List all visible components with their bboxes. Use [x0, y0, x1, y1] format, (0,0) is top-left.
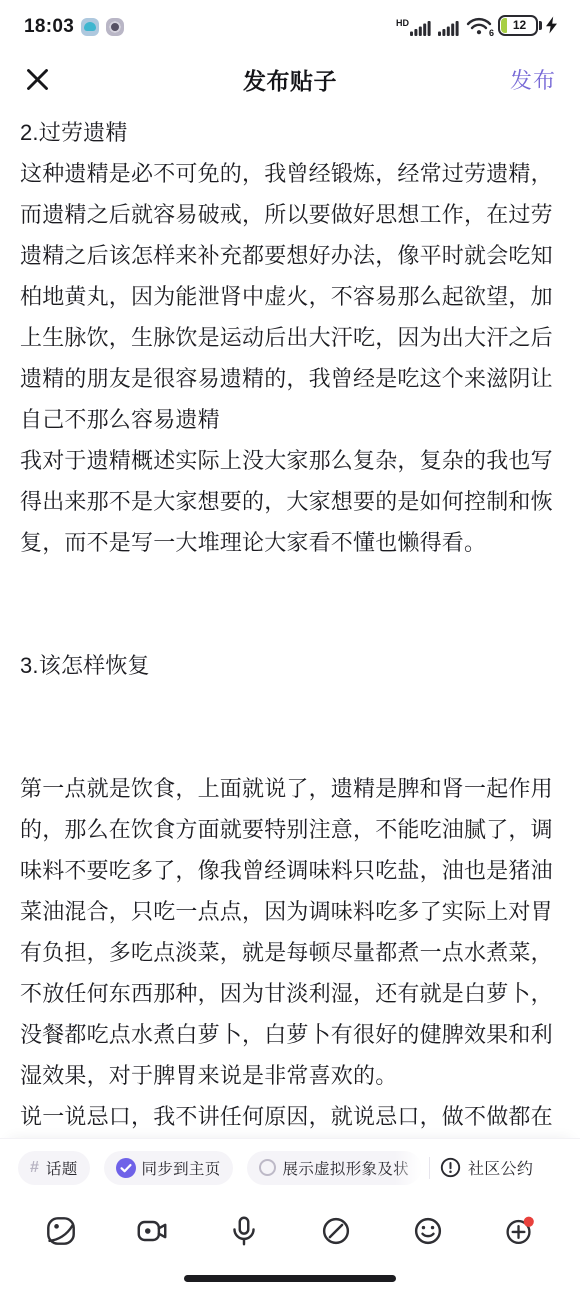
status-bar-left: 18:03	[24, 16, 124, 38]
clock: 18:03	[24, 16, 74, 38]
battery-body: 12	[498, 15, 538, 36]
close-x-icon	[26, 68, 49, 91]
k-app-notification-icon	[106, 18, 124, 36]
editor-line: 不放任何东西那种，因为甘淡利湿，还有就是白萝卜，	[20, 973, 560, 1014]
signal-bars-icon	[410, 19, 432, 36]
insert-video-button[interactable]	[134, 1213, 171, 1250]
post-composer-screen: 18:03 HD	[0, 0, 580, 1289]
info-circle-icon	[440, 1157, 461, 1178]
video-camera-icon	[134, 1213, 170, 1249]
editor-line: 第一点就是饮食，上面就说了，遗精是脾和肾一起作用	[20, 768, 560, 809]
editor-line: 这种遗精是必不可免的，我曾经锻炼，经常过劳遗精，	[20, 153, 560, 194]
insert-link-button[interactable]	[317, 1213, 354, 1250]
emoji-button[interactable]	[409, 1213, 446, 1250]
editor-line	[20, 604, 560, 645]
editor-line: 我对于遗精概述实际上没大家那么复杂，复杂的我也写	[20, 440, 560, 481]
editor-line: 湿效果，对于脾胃来说是非常喜欢的。	[20, 1055, 560, 1096]
editor-line	[20, 686, 560, 727]
chat-app-notification-icon	[81, 18, 99, 36]
signal-bars-icon	[438, 19, 460, 36]
editor-line: 有负担，多吃点淡菜，就是每顿尽量都煮一点水煮菜，	[20, 932, 560, 973]
editor-line: 的，那么在饮食方面就要特别注意，不能吃油腻了，调	[20, 809, 560, 850]
close-button[interactable]	[24, 66, 50, 92]
editor-line: 遗精的朋友是很容易遗精的，我曾经是吃这个来滋阴让	[20, 358, 560, 399]
editor-line: 柏地黄丸，因为能泄肾中虚火，不容易那么起欲望，加	[20, 276, 560, 317]
wifi6-label: 6	[489, 28, 494, 38]
editor-line: 说一说忌口，我不讲任何原因，就说忌口，做不做都在	[20, 1096, 560, 1137]
editor-line: 自己不那么容易遗精	[20, 399, 560, 440]
microphone-icon	[226, 1213, 262, 1249]
battery-indicator: 12	[498, 15, 558, 36]
emoji-icon	[410, 1213, 446, 1249]
image-icon	[43, 1213, 79, 1249]
chip-bar: # 话题 同步到主页 展示虚拟形象及状 社区公约	[0, 1138, 580, 1196]
home-indicator-bar[interactable]	[184, 1275, 396, 1282]
editor-line: 没餐都吃点水煮白萝卜，白萝卜有很好的健脾效果和利	[20, 1014, 560, 1055]
editor-line: 而遗精之后就容易破戒，所以要做好思想工作，在过劳	[20, 194, 560, 235]
hd-label: HD	[396, 19, 409, 28]
unchecked-circle-icon	[259, 1159, 276, 1176]
checked-circle-icon	[116, 1158, 136, 1178]
status-bar-right: HD	[396, 15, 558, 40]
app-header: 发布贴子 发布	[0, 48, 580, 110]
editor-line: 遗精之后该怎样来补充都要想好办法，像平时就会吃知	[20, 235, 560, 276]
editor-line: 2.过劳遗精	[20, 112, 560, 153]
chip-divider	[429, 1157, 430, 1179]
plus-circle-icon	[501, 1212, 538, 1250]
editor-line: 得出来那不是大家想要的，大家想要的是如何控制和恢	[20, 481, 560, 522]
battery-nub	[539, 21, 542, 30]
editor-line: 复，而不是写一大堆理论大家看不懂也懒得看。	[20, 522, 560, 563]
truncate-fade	[395, 1151, 421, 1185]
signal-sim1: HD	[396, 19, 432, 36]
topic-chip[interactable]: # 话题	[18, 1151, 90, 1185]
insert-image-button[interactable]	[42, 1213, 79, 1250]
hash-icon: #	[30, 1159, 39, 1177]
voice-input-button[interactable]	[226, 1213, 263, 1250]
community-guidelines-link[interactable]: 社区公约	[440, 1156, 533, 1179]
editor-line: 上生脉饮，生脉饮是运动后出大汗吃，因为出大汗之后	[20, 317, 560, 358]
signal-sim2	[438, 19, 460, 36]
editor-line	[20, 727, 560, 768]
editor-line	[20, 563, 560, 604]
publish-button[interactable]: 发布	[510, 64, 556, 95]
editor-line: 味料不要吃多了，像我曾经调味料只吃盐，油也是猪油	[20, 850, 560, 891]
link-icon	[318, 1213, 354, 1249]
editor-line: 3.该怎样恢复	[20, 645, 560, 686]
red-dot-badge	[524, 1217, 534, 1227]
wifi-indicator: 6	[466, 16, 492, 36]
editor-text[interactable]: 2.过劳遗精这种遗精是必不可免的，我曾经锻炼，经常过劳遗精，而遗精之后就容易破戒…	[0, 112, 580, 1138]
editor-line: 菜油混合，只吃一点点，因为调味料吃多了实际上对胃	[20, 891, 560, 932]
composer-toolbar	[0, 1198, 580, 1264]
charging-bolt-icon	[545, 16, 558, 34]
battery-level-fill	[501, 18, 507, 33]
page-title: 发布贴子	[243, 63, 337, 96]
show-avatar-chip[interactable]: 展示虚拟形象及状	[247, 1151, 421, 1185]
sync-to-profile-chip[interactable]: 同步到主页	[104, 1151, 233, 1185]
status-bar: 18:03 HD	[0, 0, 580, 48]
more-attachments-button[interactable]	[501, 1213, 538, 1250]
